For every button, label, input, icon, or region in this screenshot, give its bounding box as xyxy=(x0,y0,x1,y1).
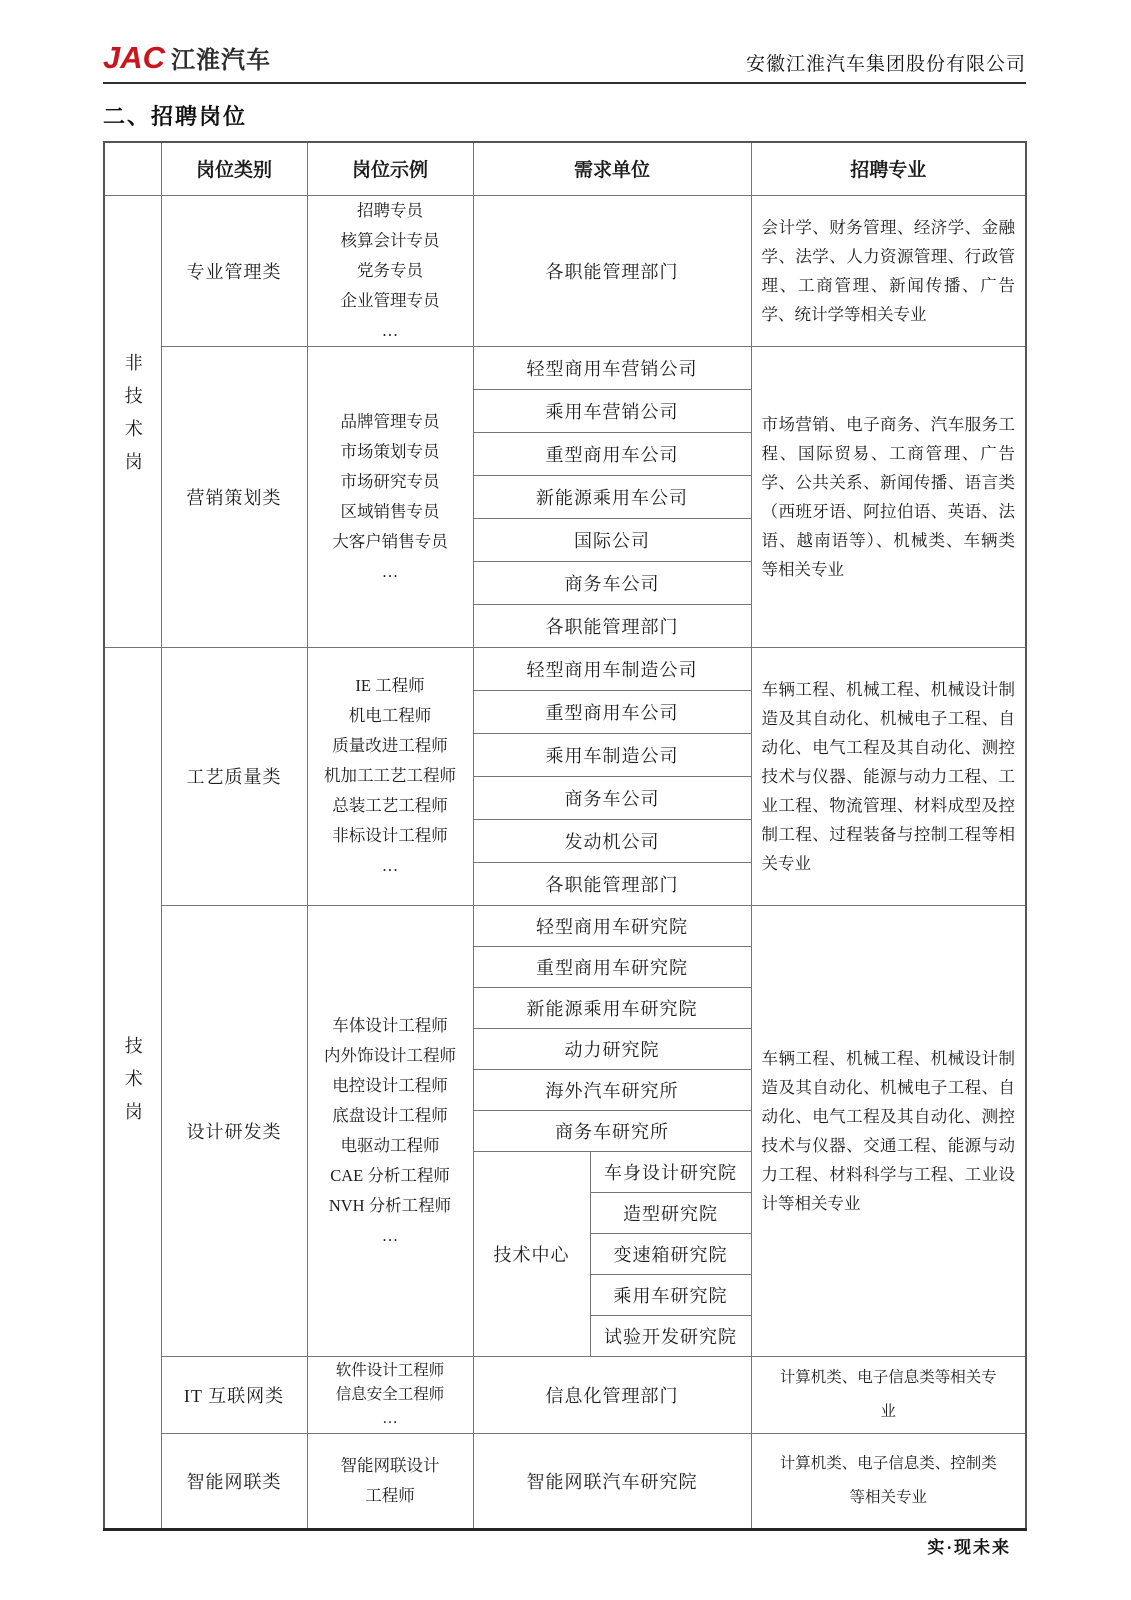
table-header-row: 岗位类别 岗位示例 需求单位 招聘专业 xyxy=(104,142,1026,195)
unit-cell: 商务车研究所 xyxy=(473,1110,751,1151)
category-cell: 工艺质量类 xyxy=(161,647,307,905)
unit-cell: 轻型商用车研究院 xyxy=(473,905,751,946)
unit-cell: 新能源乘用车研究院 xyxy=(473,987,751,1028)
unit-cell: 造型研究院 xyxy=(590,1192,751,1233)
majors-cell: 会计学、财务管理、经济学、金融学、法学、人力资源管理、行政管理、工商管理、新闻传… xyxy=(751,195,1026,346)
unit-cell: 重型商用车公司 xyxy=(473,432,751,475)
document-page: JAC 江淮汽车 安徽江淮汽车集团股份有限公司 二、招聘岗位 岗位类别 岗位示例… xyxy=(0,0,1131,1600)
examples-cell: 智能网联设计 工程师 xyxy=(307,1433,473,1529)
unit-cell: 各职能管理部门 xyxy=(473,195,751,346)
majors-cell: 车辆工程、机械工程、机械设计制造及其自动化、机械电子工程、自动化、电气工程及其自… xyxy=(751,647,1026,905)
unit-cell: 新能源乘用车公司 xyxy=(473,475,751,518)
unit-cell: 动力研究院 xyxy=(473,1028,751,1069)
unit-cell: 商务车公司 xyxy=(473,561,751,604)
unit-cell: 国际公司 xyxy=(473,518,751,561)
unit-cell: 变速箱研究院 xyxy=(590,1233,751,1274)
examples-cell: 招聘专员 核算会计专员 党务专员 企业管理专员 … xyxy=(307,195,473,346)
table-corner-cell xyxy=(104,142,161,195)
group-label-tech: 技术岗 xyxy=(104,647,161,1529)
group-label-tech-text: 技术岗 xyxy=(120,1036,146,1135)
majors-cell: 计算机类、电子信息类、控制类等相关专业 xyxy=(751,1433,1026,1529)
category-cell: 智能网联类 xyxy=(161,1433,307,1529)
unit-cell: 车身设计研究院 xyxy=(590,1151,751,1192)
majors-cell: 车辆工程、机械工程、机械设计制造及其自动化、机械电子工程、自动化、电气工程及其自… xyxy=(751,905,1026,1356)
majors-cell: 市场营销、电子商务、汽车服务工程、国际贸易、工商管理、广告学、公共关系、新闻传播… xyxy=(751,346,1026,647)
jac-logo-chinese: 江淮汽车 xyxy=(171,40,271,75)
unit-cell: 信息化管理部门 xyxy=(473,1356,751,1433)
unit-cell: 智能网联汽车研究院 xyxy=(473,1433,751,1529)
table-row: IT 互联网类 软件设计工程师 信息安全工程师 … 信息化管理部门 计算机类、电… xyxy=(104,1356,1026,1433)
category-cell: 专业管理类 xyxy=(161,195,307,346)
unit-cell: 各职能管理部门 xyxy=(473,862,751,905)
examples-cell: 软件设计工程师 信息安全工程师 … xyxy=(307,1356,473,1433)
table-row: 营销策划类 品牌管理专员 市场策划专员 市场研究专员 区域销售专员 大客户销售专… xyxy=(104,346,1026,389)
recruitment-table: 岗位类别 岗位示例 需求单位 招聘专业 非技术岗 专业管理类 招聘专员 核算会计… xyxy=(103,141,1027,1531)
unit-cell: 轻型商用车制造公司 xyxy=(473,647,751,690)
page-header: JAC 江淮汽车 安徽江淮汽车集团股份有限公司 xyxy=(103,0,1026,84)
section-title: 二、招聘岗位 xyxy=(103,100,1026,131)
group-label-non-tech-text: 非技术岗 xyxy=(120,353,146,485)
col-header-examples: 岗位示例 xyxy=(307,142,473,195)
unit-cell: 乘用车营销公司 xyxy=(473,389,751,432)
col-header-majors: 招聘专业 xyxy=(751,142,1026,195)
unit-cell: 轻型商用车营销公司 xyxy=(473,346,751,389)
col-header-category: 岗位类别 xyxy=(161,142,307,195)
unit-cell: 乘用车制造公司 xyxy=(473,733,751,776)
category-cell: 设计研发类 xyxy=(161,905,307,1356)
jac-logo-text: JAC xyxy=(103,40,165,76)
unit-cell: 各职能管理部门 xyxy=(473,604,751,647)
unit-cell: 海外汽车研究所 xyxy=(473,1069,751,1110)
examples-cell: IE 工程师 机电工程师 质量改进工程师 机加工工艺工程师 总装工艺工程师 非标… xyxy=(307,647,473,905)
examples-cell: 品牌管理专员 市场策划专员 市场研究专员 区域销售专员 大客户销售专员 … xyxy=(307,346,473,647)
group-label-non-tech: 非技术岗 xyxy=(104,195,161,647)
category-cell: IT 互联网类 xyxy=(161,1356,307,1433)
footer-slogan: 实·现未来 xyxy=(927,1533,1011,1558)
jac-logo: JAC 江淮汽车 xyxy=(103,40,271,76)
table-row: 技术岗 工艺质量类 IE 工程师 机电工程师 质量改进工程师 机加工工艺工程师 … xyxy=(104,647,1026,690)
unit-cell: 乘用车研究院 xyxy=(590,1274,751,1315)
unit-cell: 重型商用车研究院 xyxy=(473,946,751,987)
unit-cell: 发动机公司 xyxy=(473,819,751,862)
company-name: 安徽江淮汽车集团股份有限公司 xyxy=(746,49,1026,76)
tech-center-cell: 技术中心 xyxy=(473,1151,590,1356)
category-cell: 营销策划类 xyxy=(161,346,307,647)
col-header-units: 需求单位 xyxy=(473,142,751,195)
unit-cell: 重型商用车公司 xyxy=(473,690,751,733)
examples-cell: 车体设计工程师 内外饰设计工程师 电控设计工程师 底盘设计工程师 电驱动工程师 … xyxy=(307,905,473,1356)
unit-cell: 商务车公司 xyxy=(473,776,751,819)
majors-cell: 计算机类、电子信息类等相关专业 xyxy=(751,1356,1026,1433)
unit-cell: 试验开发研究院 xyxy=(590,1315,751,1356)
table-row: 智能网联类 智能网联设计 工程师 智能网联汽车研究院 计算机类、电子信息类、控制… xyxy=(104,1433,1026,1529)
table-row: 设计研发类 车体设计工程师 内外饰设计工程师 电控设计工程师 底盘设计工程师 电… xyxy=(104,905,1026,946)
table-row: 非技术岗 专业管理类 招聘专员 核算会计专员 党务专员 企业管理专员 … 各职能… xyxy=(104,195,1026,346)
